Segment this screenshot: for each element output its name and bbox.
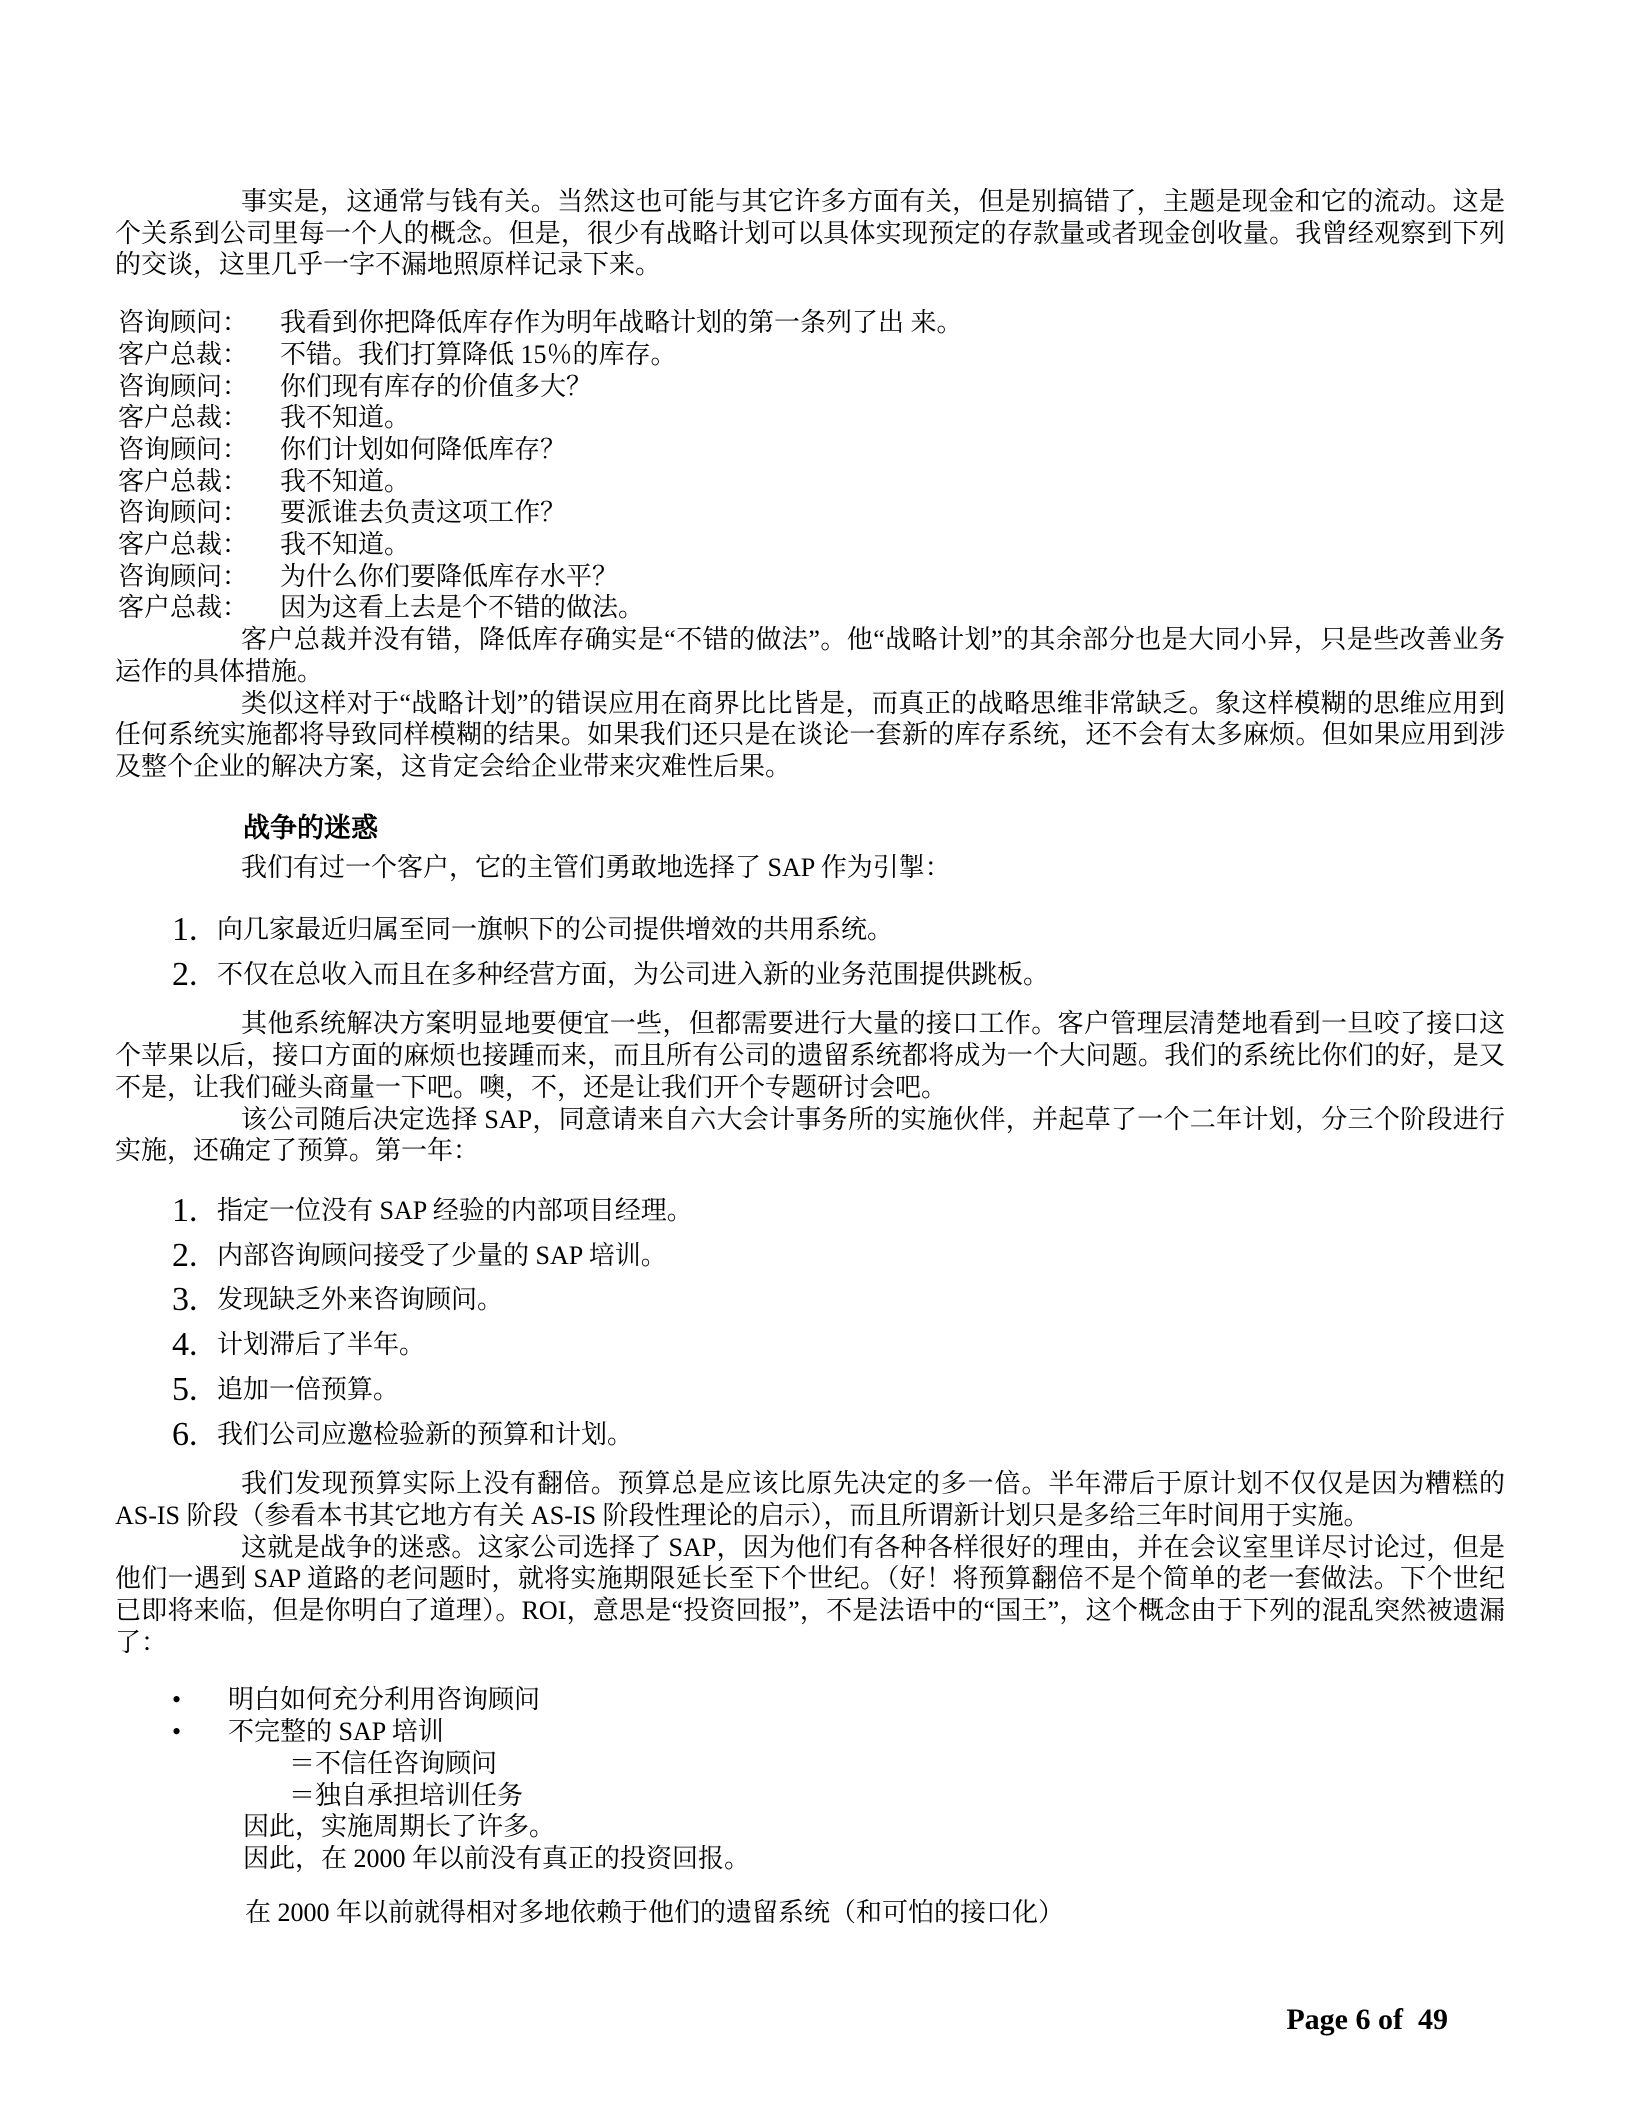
- dialogue-speaker: 咨询顾问：: [118, 497, 280, 529]
- list-item-text: 追加一倍预算。: [217, 1374, 1505, 1406]
- dialogue-speaker: 客户总裁：: [118, 592, 280, 624]
- section-heading: 战争的迷惑: [243, 813, 1505, 845]
- list-item-text: 发现缺乏外来咨询顾问。: [217, 1284, 1505, 1316]
- dialogue-row: 咨询顾问： 你们计划如何降低库存？: [115, 434, 1505, 466]
- list-item-number: 5.: [172, 1374, 217, 1406]
- paragraph-other-systems: 其他系统解决方案明显地要便宜一些，但都需要进行大量的接口工作。客户管理层清楚地看…: [115, 1008, 1505, 1103]
- paragraph-ceo-not-wrong: 客户总裁并没有错，降低库存确实是“不错的做法”。他“战略计划”的其余部分也是大同…: [115, 624, 1505, 687]
- dialogue-row: 客户总裁： 我不知道。: [115, 402, 1505, 434]
- dialogue-speaker: 咨询顾问：: [118, 371, 280, 403]
- dialogue-speaker: 咨询顾问：: [118, 434, 280, 466]
- dialogue-block: 咨询顾问： 我看到你把降低库存作为明年战略计划的第一条列了出 来。 客户总裁： …: [115, 307, 1505, 624]
- dialogue-speaker: 客户总裁：: [118, 466, 280, 498]
- therefore-line: 因此，在 2000 年以前没有真正的投资回报。: [243, 1843, 1505, 1875]
- therefore-line: 因此，实施周期长了许多。: [243, 1811, 1505, 1843]
- dialogue-row: 咨询顾问： 你们现有库存的价值多大？: [115, 371, 1505, 403]
- bullet-text: 明白如何充分利用咨询顾问: [228, 1684, 540, 1716]
- dialogue-speaker: 咨询顾问：: [118, 561, 280, 593]
- dialogue-line: 你们计划如何降低库存？: [280, 434, 1505, 466]
- document-page: 事实是，这通常与钱有关。当然这也可能与其它许多方面有关，但是别搞错了，主题是现金…: [0, 0, 1632, 2112]
- list-item-text: 我们公司应邀检验新的预算和计划。: [217, 1419, 1505, 1451]
- dialogue-line: 你们现有库存的价值多大？: [280, 371, 1505, 403]
- dialogue-row: 客户总裁： 因为这看上去是个不错的做法。: [115, 592, 1505, 624]
- bullet-row: • 明白如何充分利用咨询顾问: [115, 1684, 1505, 1716]
- paragraph-sap-client-intro: 我们有过一个客户，它的主管们勇敢地选择了 SAP 作为引掣：: [115, 852, 1505, 884]
- dialogue-speaker: 客户总裁：: [118, 402, 280, 434]
- list-item: 3. 发现缺乏外来咨询顾问。: [115, 1284, 1505, 1316]
- paragraph-intro-cash: 事实是，这通常与钱有关。当然这也可能与其它许多方面有关，但是别搞错了，主题是现金…: [115, 186, 1505, 281]
- page-number: Page 6 of 49: [1286, 2004, 1448, 2036]
- paragraph-fog-of-war: 这就是战争的迷惑。这家公司选择了 SAP，因为他们有各种各样很好的理由，并在会议…: [115, 1532, 1505, 1659]
- dialogue-speaker: 客户总裁：: [118, 529, 280, 561]
- dialogue-row: 咨询顾问： 我看到你把降低库存作为明年战略计划的第一条列了出 来。: [115, 307, 1505, 339]
- list-item: 4. 计划滞后了半年。: [115, 1329, 1505, 1361]
- equals-line: ＝不信任咨询顾问: [289, 1748, 1505, 1780]
- dialogue-speaker: 咨询顾问：: [118, 307, 280, 339]
- paragraph-budget-not-doubled: 我们发现预算实际上没有翻倍。预算总是应该比原先决定的多一倍。半年滞后于原计划不仅…: [115, 1468, 1505, 1531]
- list-item-number: 1.: [172, 914, 217, 946]
- paragraph-strategic-misuse: 类似这样对于“战略计划”的错误应用在商界比比皆是，而真正的战略思维非常缺乏。象这…: [115, 688, 1505, 783]
- dialogue-row: 咨询顾问： 要派谁去负责这项工作？: [115, 497, 1505, 529]
- bullet-list: • 明白如何充分利用咨询顾问 • 不完整的 SAP 培训: [115, 1684, 1505, 1747]
- list-item-number: 3.: [172, 1284, 217, 1316]
- dialogue-line: 我看到你把降低库存作为明年战略计划的第一条列了出 来。: [280, 307, 1505, 339]
- list-item: 2. 内部咨询顾问接受了少量的 SAP 培训。: [115, 1240, 1505, 1272]
- equals-line: ＝独自承担培训任务: [289, 1780, 1505, 1812]
- list-item: 1. 指定一位没有 SAP 经验的内部项目经理。: [115, 1195, 1505, 1227]
- list-item: 1. 向几家最近归属至同一旗帜下的公司提供增效的共用系统。: [115, 914, 1505, 946]
- bullet-icon: •: [172, 1684, 228, 1716]
- list-item-number: 2.: [172, 959, 217, 991]
- dialogue-line: 因为这看上去是个不错的做法。: [280, 592, 1505, 624]
- list-item-text: 内部咨询顾问接受了少量的 SAP 培训。: [217, 1240, 1505, 1272]
- numbered-list-goals: 1. 向几家最近归属至同一旗帜下的公司提供增效的共用系统。 2. 不仅在总收入而…: [115, 914, 1505, 990]
- bullet-row: • 不完整的 SAP 培训: [115, 1716, 1505, 1748]
- bullet-icon: •: [172, 1716, 228, 1748]
- bullet-text: 不完整的 SAP 培训: [228, 1716, 444, 1748]
- dialogue-row: 客户总裁： 我不知道。: [115, 466, 1505, 498]
- dialogue-line: 我不知道。: [280, 466, 1505, 498]
- list-item: 6. 我们公司应邀检验新的预算和计划。: [115, 1419, 1505, 1451]
- dialogue-line: 要派谁去负责这项工作？: [280, 497, 1505, 529]
- dialogue-line: 不错。我们打算降低 15％的库存。: [280, 339, 1505, 371]
- dialogue-line: 我不知道。: [280, 529, 1505, 561]
- dialogue-row: 客户总裁： 不错。我们打算降低 15％的库存。: [115, 339, 1505, 371]
- list-item-number: 6.: [172, 1419, 217, 1451]
- list-item-number: 4.: [172, 1329, 217, 1361]
- list-item-number: 1.: [172, 1195, 217, 1227]
- list-item: 5. 追加一倍预算。: [115, 1374, 1505, 1406]
- dialogue-row: 客户总裁： 我不知道。: [115, 529, 1505, 561]
- list-item-text: 计划滞后了半年。: [217, 1329, 1505, 1361]
- list-item-text: 不仅在总收入而且在多种经营方面，为公司进入新的业务范围提供跳板。: [217, 959, 1505, 991]
- list-item: 2. 不仅在总收入而且在多种经营方面，为公司进入新的业务范围提供跳板。: [115, 959, 1505, 991]
- dialogue-speaker: 客户总裁：: [118, 339, 280, 371]
- list-item-text: 指定一位没有 SAP 经验的内部项目经理。: [217, 1195, 1505, 1227]
- paragraph-company-chose-sap: 该公司随后决定选择 SAP，同意请来自六大会计事务所的实施伙伴，并起草了一个二年…: [115, 1104, 1505, 1167]
- list-item-text: 向几家最近归属至同一旗帜下的公司提供增效的共用系统。: [217, 914, 1505, 946]
- numbered-list-first-year: 1. 指定一位没有 SAP 经验的内部项目经理。 2. 内部咨询顾问接受了少量的…: [115, 1195, 1505, 1450]
- dialogue-line: 为什么你们要降低库存水平？: [280, 561, 1505, 593]
- closing-line: 在 2000 年以前就得相对多地依赖于他们的遗留系统（和可怕的接口化）: [245, 1897, 1505, 1929]
- dialogue-line: 我不知道。: [280, 402, 1505, 434]
- dialogue-row: 咨询顾问： 为什么你们要降低库存水平？: [115, 561, 1505, 593]
- list-item-number: 2.: [172, 1240, 217, 1272]
